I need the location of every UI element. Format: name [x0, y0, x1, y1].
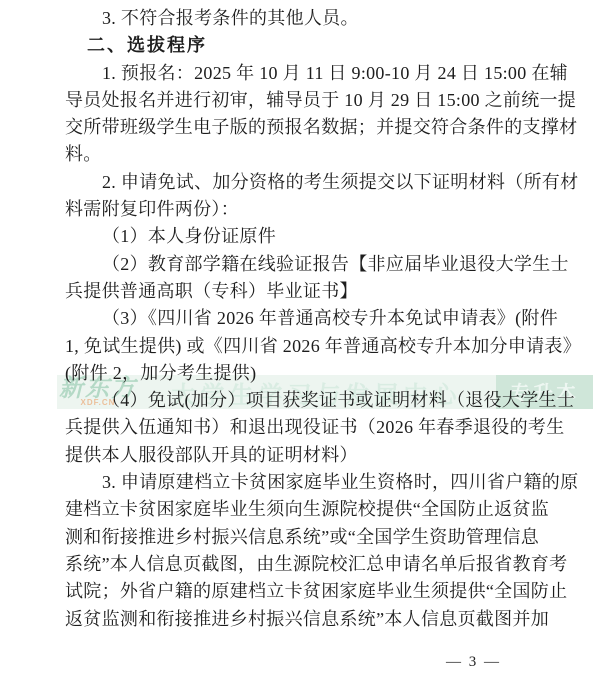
text-line: 建档立卡贫困家庭毕业生须向生源院校提供“全国防止返贫监	[65, 496, 545, 523]
text-line: （4）免试(加分）项目获奖证书或证明材料（退役大学生士	[65, 387, 545, 414]
section-heading: 二、选拔程序	[65, 32, 545, 59]
text-line: 兵提供入伍通知书）和退出现役证书（2026 年春季退役的考生	[65, 414, 545, 441]
document-page: 新东方 XDF.CN 大学生学习与发展中心 专升本 3. 不符合报考条件的其他人…	[0, 0, 593, 683]
text-line: 提供本人服役部队开具的证明材料）	[65, 442, 545, 469]
text-line: 返贫监测和衔接推进乡村振兴信息系统”本人信息页截图并加	[65, 606, 545, 633]
text-line: 交所带班级学生电子版的预报名数据；并提交符合条件的支撑材	[65, 114, 545, 141]
text-line: 1. 预报名：2025 年 10 月 11 日 9:00-10 月 24 日 1…	[65, 60, 545, 87]
text-line: 1, 免试生提供) 或《四川省 2026 年普通高校专升本加分申请表》	[65, 333, 545, 360]
text-line: 料需附复印件两份）：	[65, 196, 545, 223]
text-line: （1）本人身份证原件	[65, 223, 545, 250]
document-body: 3. 不符合报考条件的其他人员。二、选拔程序1. 预报名：2025 年 10 月…	[65, 5, 545, 633]
text-line: 系统”本人信息页截图，由生源院校汇总申请名单后报省教育考	[65, 551, 545, 578]
text-line: 测和衔接推进乡村振兴信息系统”或“全国学生资助管理信息	[65, 524, 545, 551]
text-line: 3. 不符合报考条件的其他人员。	[65, 5, 545, 32]
page-number: — 3 —	[446, 654, 501, 671]
text-line: 兵提供普通高职（专科）毕业证书】	[65, 278, 545, 305]
text-line: （3）《四川省 2026 年普通高校专升本免试申请表》(附件	[65, 305, 545, 332]
text-line: 导员处报名并进行初审，辅导员于 10 月 29 日 15:00 之前统一提	[65, 87, 545, 114]
text-line: 3. 申请原建档立卡贫困家庭毕业生资格时，四川省户籍的原	[65, 469, 545, 496]
text-line: 试院；外省户籍的原建档立卡贫困家庭毕业生须提供“全国防止	[65, 578, 545, 605]
text-line: 2. 申请免试、加分资格的考生须提交以下证明材料（所有材	[65, 169, 545, 196]
text-line: 料。	[65, 141, 545, 168]
text-line: （2）教育部学籍在线验证报告【非应届毕业退役大学生士	[65, 251, 545, 278]
text-line: (附件 2，加分考生提供)	[65, 360, 545, 387]
